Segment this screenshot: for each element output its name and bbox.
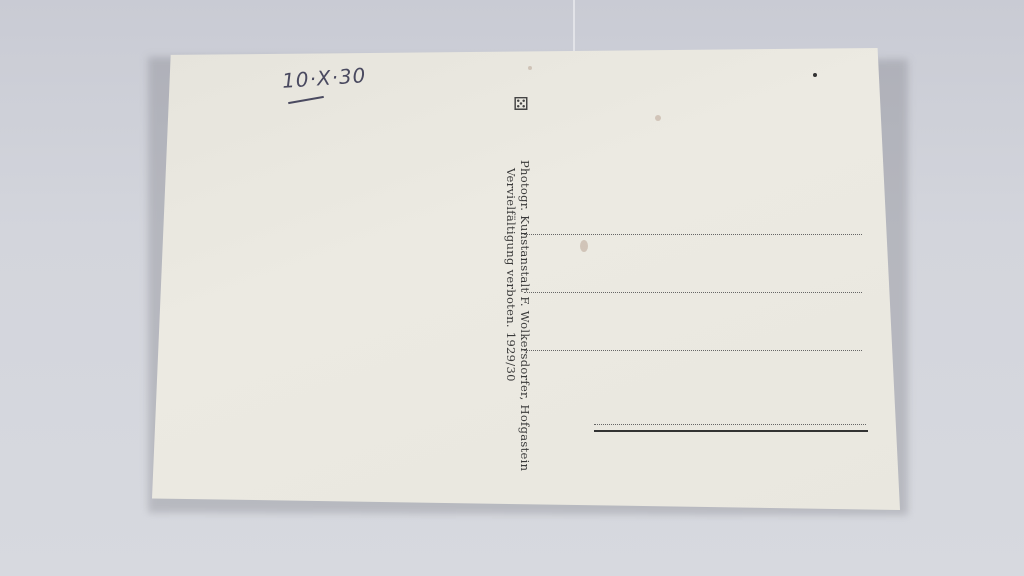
address-line-1: [524, 234, 862, 235]
address-line-4: [594, 424, 866, 425]
address-line-2: [524, 292, 862, 293]
stain: [655, 115, 661, 121]
stain: [813, 73, 817, 77]
stain: [580, 240, 588, 252]
publisher-line-2: Vervielfältigung verboten. 1929/30: [504, 160, 518, 471]
stain: [528, 66, 532, 70]
publisher-imprint: Photogr. Kunstanstalt F. Wolkersdorfer, …: [504, 160, 532, 471]
horseshoe-emblem-icon: ⚄: [510, 95, 532, 115]
publisher-line-1: Photogr. Kunstanstalt F. Wolkersdorfer, …: [518, 160, 532, 471]
address-underline: [594, 430, 868, 432]
address-line-3: [524, 350, 862, 351]
